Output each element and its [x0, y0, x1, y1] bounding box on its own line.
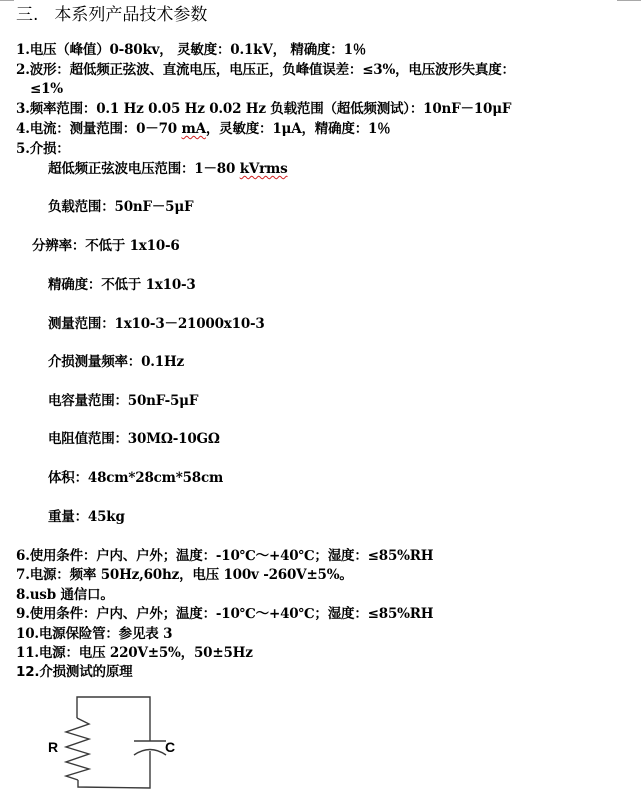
capacitor-label: C [165, 739, 175, 755]
spec-item-5-frequency: 介损测量频率：0.1Hz [48, 353, 184, 372]
page-corner-mark-right [617, 0, 641, 1]
spec-item-5-resistance: 电阻值范围：30MΩ-10GΩ [48, 430, 220, 449]
spec-item-5-voltage: 超低频正弦波电压范围：1－80 kVrms [48, 160, 288, 179]
spec-item-7: 7.电源：频率 50Hz,60hz，电压 100v -260V±5%。 [16, 566, 353, 585]
resistor-label: R [48, 739, 58, 755]
spec-item-10: 10.电源保险管：参见表 3 [16, 625, 172, 644]
spec-item-5-range: 测量范围：1x10-3－21000x10-3 [48, 315, 265, 334]
spec-item-3: 3.频率范围：0.1 Hz 0.05 Hz 0.02 Hz 负载范围（超低频测试… [16, 100, 511, 119]
spec-item-5-accuracy: 精确度：不低于 1x10-3 [48, 276, 196, 295]
spec-item-6: 6.使用条件：户内、户外；温度：-10℃～+40℃；湿度：≤85%RH [16, 547, 433, 566]
section-number: 三. [16, 5, 38, 25]
spec-item-4: 4.电流：测量范围：0－70 mA，灵敏度：1μA，精确度：1％ [16, 120, 391, 139]
spec-item-4-prefix: 4.电流：测量范围：0－70 [16, 121, 181, 137]
spec-item-4-unit: mA [181, 121, 205, 137]
section-title: 三.本系列产品技术参数 [16, 4, 207, 26]
spec-item-1: 1.电压（峰值）0-80kv， 灵敏度：0.1kV， 精确度：1％ [16, 41, 366, 60]
spec-item-11: 11.电源：电压 220V±5%，50±5Hz [16, 644, 253, 663]
circuit-schematic-icon [0, 680, 220, 796]
spec-item-5: 5.介损： [16, 140, 70, 159]
spec-item-5-voltage-prefix: 超低频正弦波电压范围：1－80 [48, 161, 240, 177]
page-corner-mark-left [0, 0, 14, 1]
spec-item-9: 9.使用条件：户内、户外；温度：-10℃～+40℃；湿度：≤85%RH [16, 605, 433, 624]
spec-item-8: 8.usb 通信口。 [16, 586, 114, 605]
spec-item-5-resolution: 分辨率：不低于 1x10-6 [32, 237, 180, 256]
spec-item-5-load: 负载范围：50nF－5μF [48, 198, 193, 217]
spec-item-5-weight: 重量：45kg [48, 508, 125, 527]
spec-item-5-voltage-unit: kVrms [240, 161, 288, 177]
spec-item-5-capacitance: 电容量范围：50nF-5μF [48, 392, 198, 411]
rc-circuit-diagram: R C [0, 680, 220, 796]
spec-item-2: 2.波形：超低频正弦波、直流电压，电压正，负峰值误差：≤3%，电压波形失真度： [16, 61, 515, 80]
spec-item-4-suffix: ，灵敏度：1μA，精确度：1％ [206, 121, 391, 137]
spec-item-5-volume: 体积：48cm*28cm*58cm [48, 469, 223, 488]
spec-item-2-continued: ≤1% [30, 80, 63, 99]
section-heading: 本系列产品技术参数 [54, 5, 207, 25]
